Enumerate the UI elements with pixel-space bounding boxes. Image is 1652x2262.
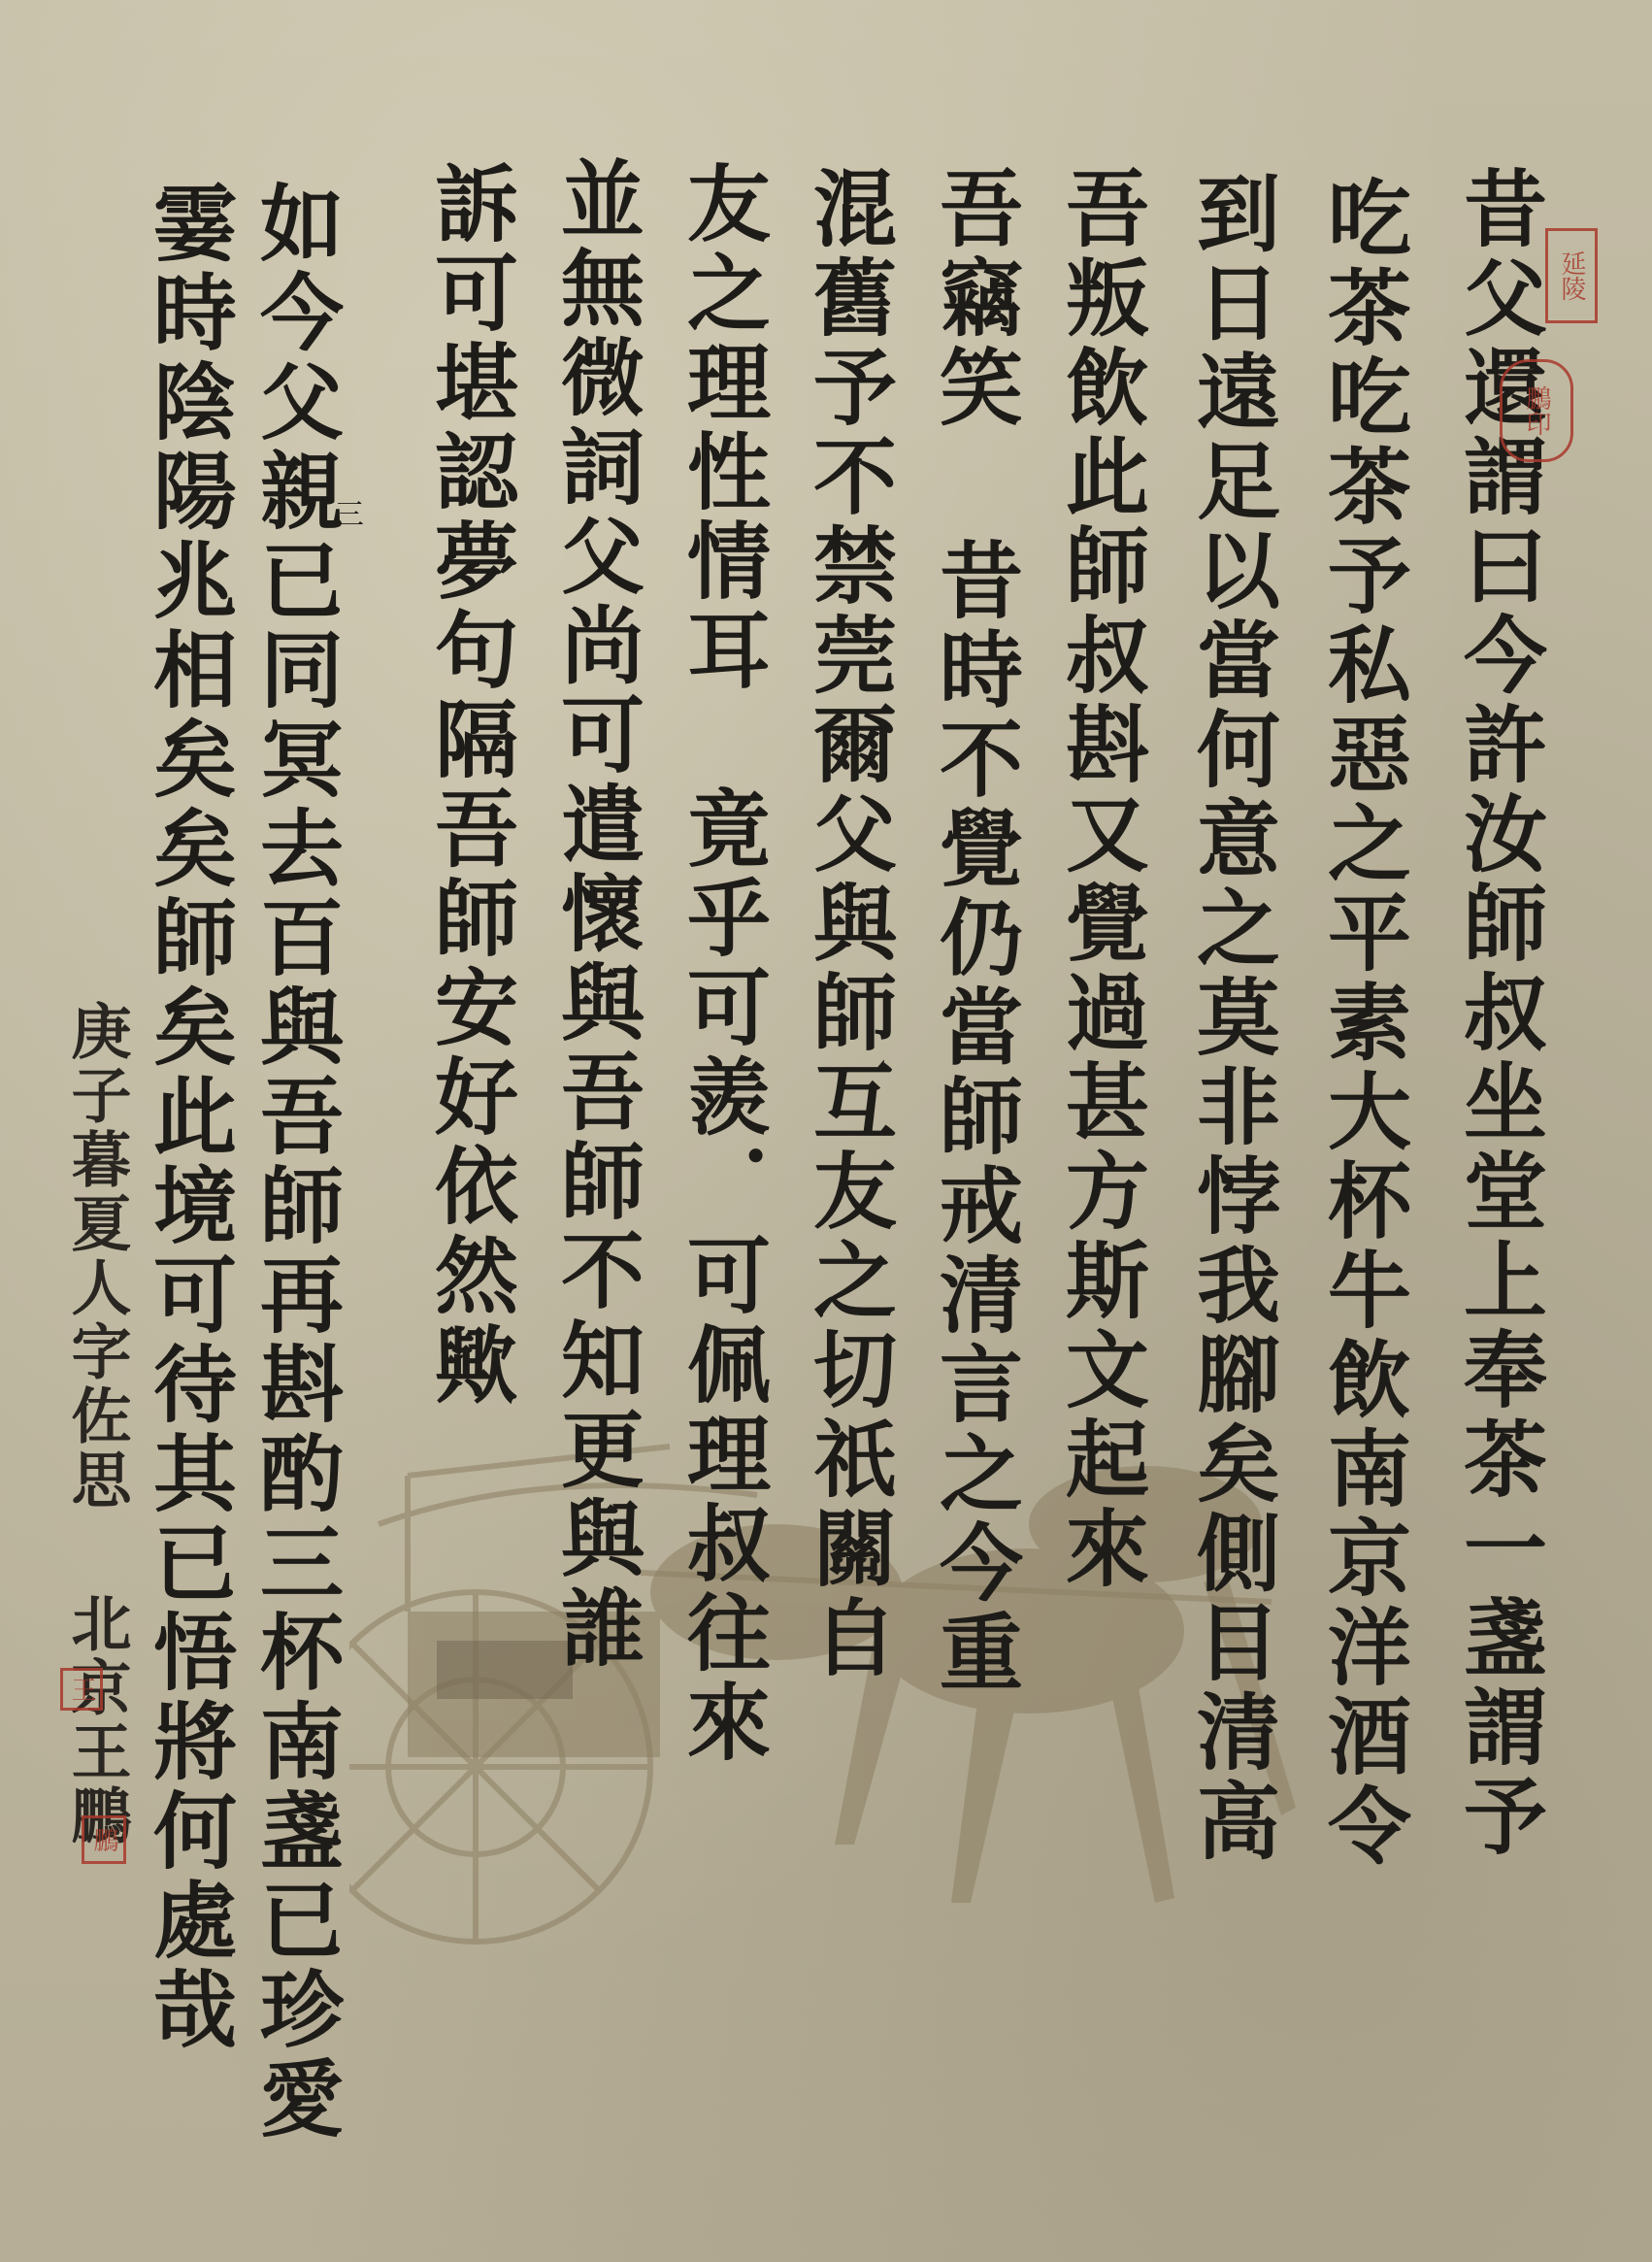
text-column-4: 吾叛飲此師叔斟又覺過甚方斯文起來: [1058, 165, 1141, 1594]
text-column-7: 友之理性情耳 竟乎可羨．可佩理叔往來: [679, 160, 763, 1768]
text-column-11: 霎時陰陽兆相矣矣師矣此境可待其已悟將何處哉: [146, 180, 229, 2055]
seal-top-lower: 鵬印: [1500, 359, 1573, 462]
calligraphy-scroll: 昔父還謂曰今許汝師叔坐堂上奉茶一盞謂予 吃茶吃茶予私惡之平素大杯牛飲南京洋酒令 …: [0, 0, 1652, 2262]
text-column-3: 到日遠足以當何意之莫非悖我腳矣側目清高: [1189, 170, 1272, 1867]
signature-date-line: 庚子暮夏人字佐思: [66, 1000, 126, 1513]
seal-bottom: 鵬: [82, 1815, 126, 1864]
signature-artist-line: 北京王鵬: [66, 1592, 126, 1848]
seal-top-upper: 延陵: [1545, 228, 1598, 323]
annotation-mark: 三: [335, 490, 364, 533]
text-column-9: 訴可堪認夢句隔吾師安好依然歟: [427, 160, 511, 1411]
text-column-2: 吃茶吃茶予私惡之平素大杯牛飲南京洋酒令: [1320, 175, 1404, 1872]
seal-signature: 王: [60, 1668, 103, 1711]
text-column-10: 如今父親已同冥去百與吾師再斟酌三杯南盞已珍愛: [252, 180, 336, 2145]
text-column-8: 並無微詞父尚可遣懷與吾師不知更與誰: [553, 155, 637, 1674]
text-column-6: 混舊予不禁莞爾父與師互友之切祇關自: [806, 165, 889, 1683]
text-column-5: 吾竊笑 昔時不覺仍當師戒清言之今重: [932, 165, 1015, 1698]
